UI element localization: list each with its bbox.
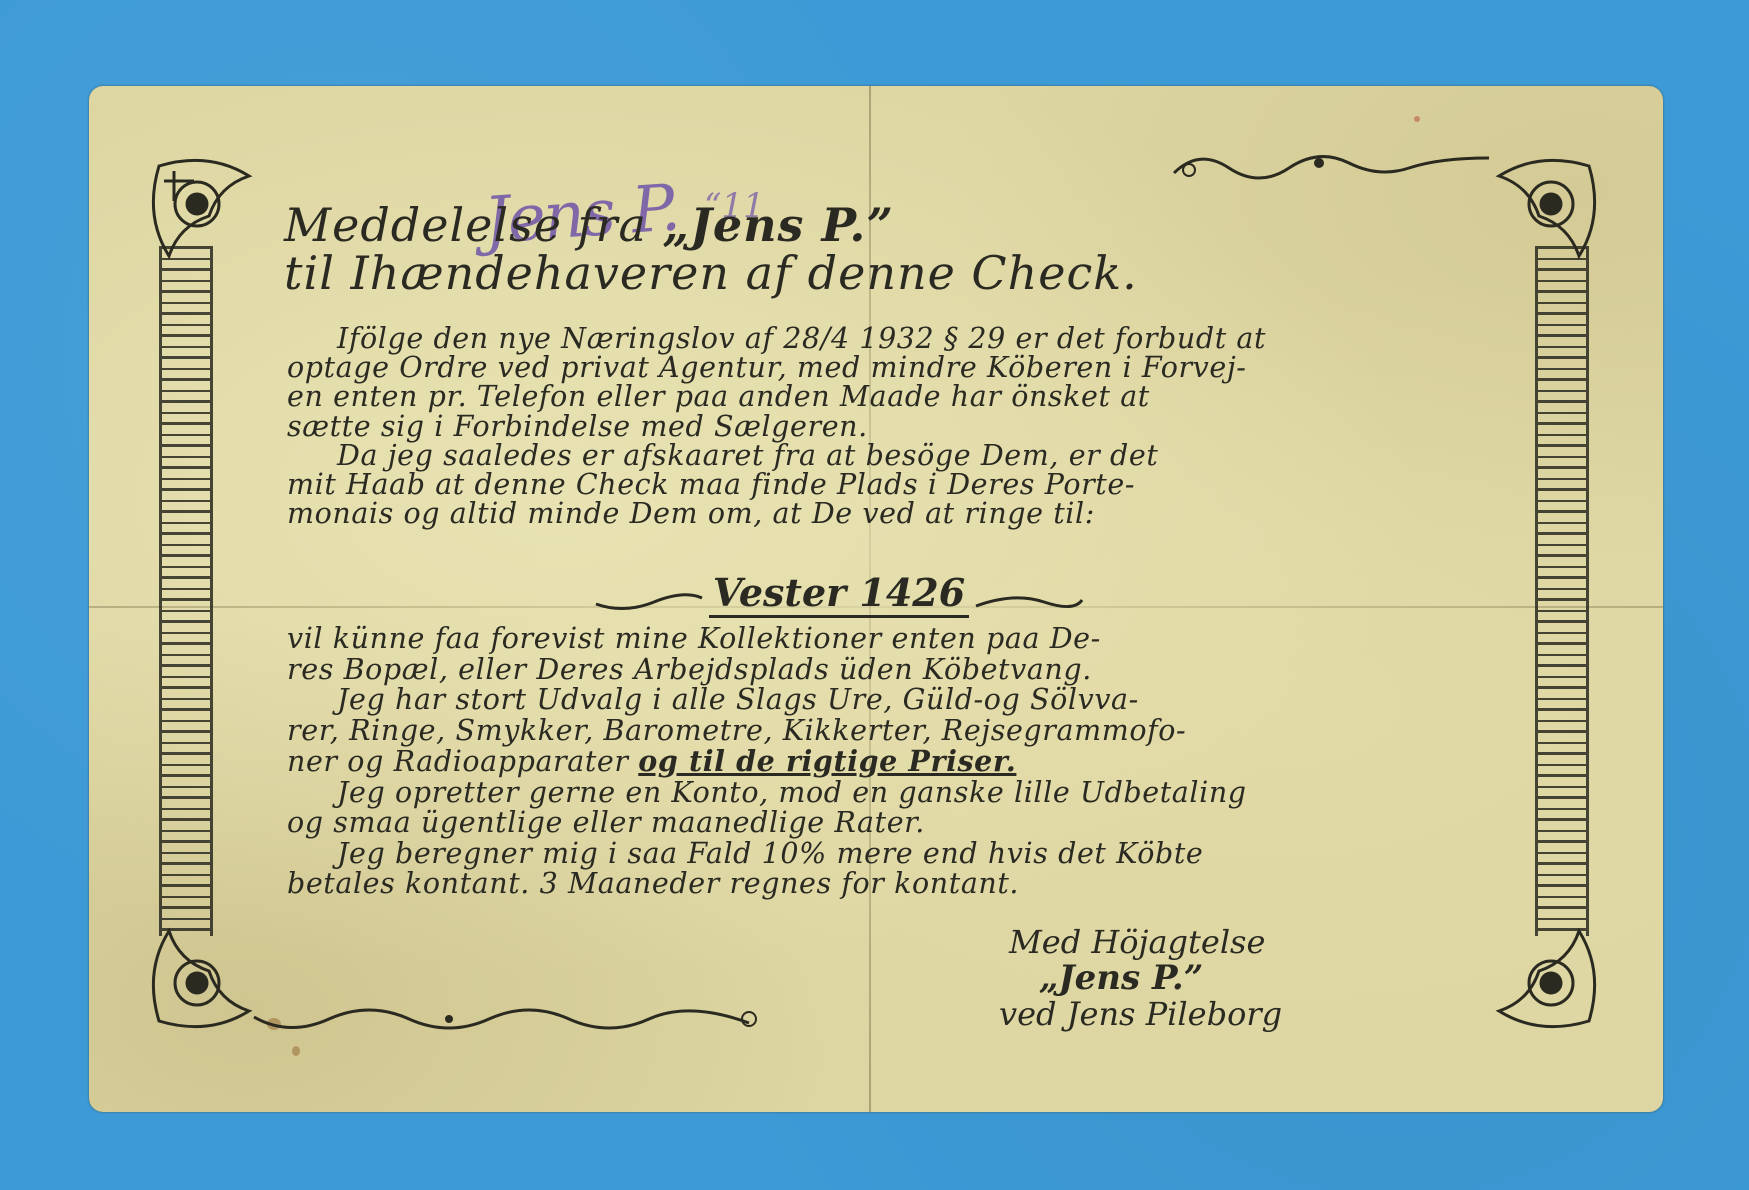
closing-greeting: Med Höjagtelse xyxy=(999,924,1282,960)
corner-ornament-icon xyxy=(149,156,259,266)
phone-number-row: Vester 1426 xyxy=(549,570,1129,620)
scroll-ornament-icon xyxy=(1169,148,1499,188)
phone-number: Vester 1426 xyxy=(709,570,969,618)
emphasized-text: og til de rigtige Priser. xyxy=(638,744,1016,778)
text-line: Jeg opretter gerne en Konto, mod en gans… xyxy=(287,778,1332,809)
closing-block: Med Höjagtelse „Jens P.” ved Jens Pilebo… xyxy=(999,924,1282,1032)
text-line: optage Ordre ved privat Agentur, med min… xyxy=(287,353,1332,382)
text-line: vil künne faa forevist mine Kollektioner… xyxy=(287,624,1332,655)
text-line: Jeg beregner mig i saa Fald 10% mere end… xyxy=(287,839,1332,870)
text-line: betales kontant. 3 Maaneder regnes for k… xyxy=(287,869,1332,900)
title-line-2: til Ihændehaveren af denne Check. xyxy=(284,246,1138,300)
corner-ornament-icon xyxy=(1489,156,1599,266)
closing-company: „Jens P.” xyxy=(999,960,1282,996)
swash-left-icon xyxy=(594,592,704,612)
text-line: Jeg har stort Udvalg i alle Slags Ure, G… xyxy=(287,685,1332,716)
closing-signature: ved Jens Pileborg xyxy=(999,996,1282,1032)
body-text-upper: Ifölge den nye Næringslov af 28/4 1932 §… xyxy=(287,324,1332,528)
border-right xyxy=(1535,246,1589,936)
text-line: sætte sig i Forbindelse med Sælgeren. xyxy=(287,412,1332,441)
title-company-name: „Jens P.” xyxy=(663,198,894,252)
corner-ornament-icon xyxy=(1489,921,1599,1031)
title-prefix: Meddelelse fra xyxy=(284,198,647,252)
stain xyxy=(1414,116,1420,122)
border-left xyxy=(159,246,213,936)
text-line: Ifölge den nye Næringslov af 28/4 1932 §… xyxy=(287,324,1332,353)
check-card: Jens P. “11 Meddelelse fra „Jens P.” til… xyxy=(89,86,1663,1112)
text-line: en enten pr. Telefon eller paa anden Maa… xyxy=(287,382,1332,411)
text-line: Da jeg saaledes er afskaaret fra at besö… xyxy=(287,441,1332,470)
body-text-lower: vil künne faa forevist mine Kollektioner… xyxy=(287,624,1332,900)
text-line: og smaa ügentlige eller maanedlige Rater… xyxy=(287,808,1332,839)
text-line: mit Haab at denne Check maa finde Plads … xyxy=(287,470,1332,499)
text-segment: ner og Radioapparater xyxy=(287,745,629,778)
text-line: res Bopæl, eller Deres Arbejdsplads üden… xyxy=(287,655,1332,686)
swash-right-icon xyxy=(974,592,1084,612)
corner-ornament-icon xyxy=(149,921,259,1031)
text-line: monais og altid minde Dem om, at De ved … xyxy=(287,499,1332,528)
scroll-ornament-icon xyxy=(249,997,769,1041)
stain xyxy=(292,1046,300,1056)
text-line: ner og Radioapparater og til de rigtige … xyxy=(287,746,1332,778)
text-line: rer, Ringe, Smykker, Barometre, Kikkerte… xyxy=(287,716,1332,747)
stain xyxy=(267,1018,281,1030)
title-line-1: Meddelelse fra „Jens P.” xyxy=(284,198,894,252)
